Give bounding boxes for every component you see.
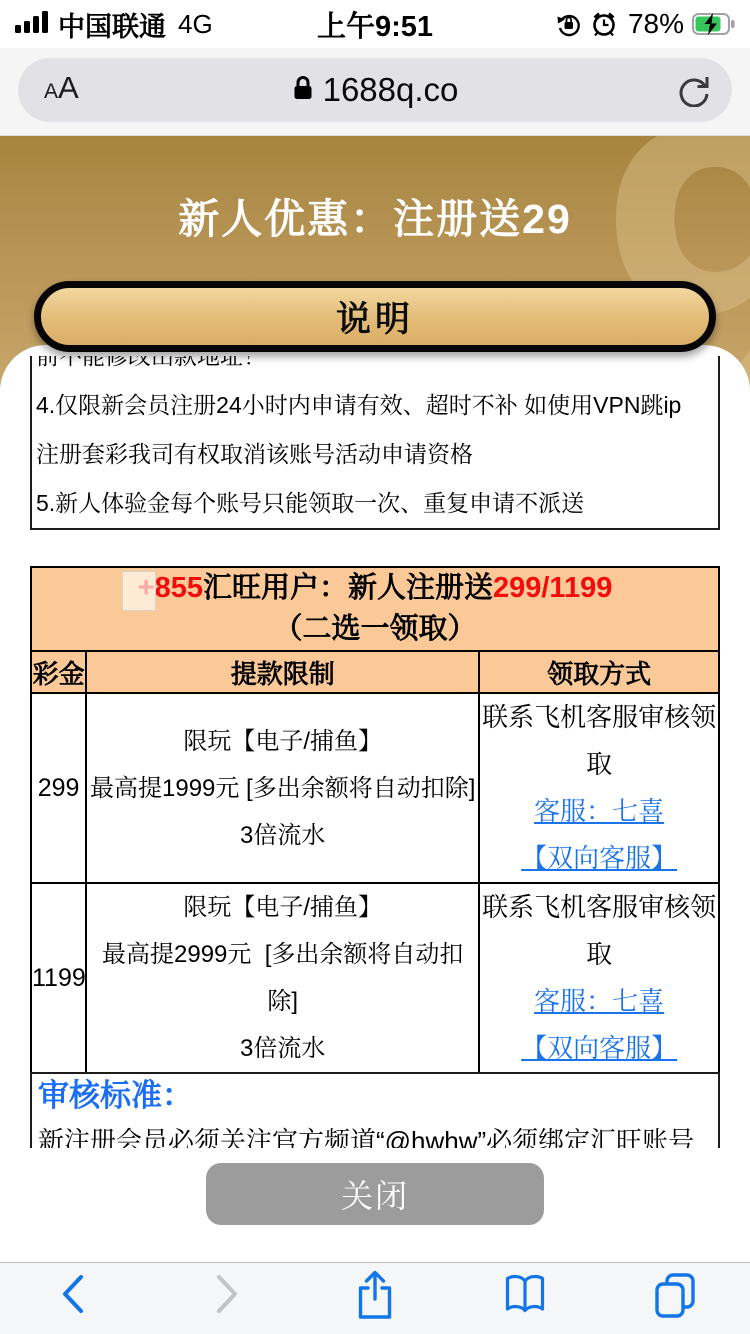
orientation-lock-icon xyxy=(555,11,582,38)
share-button[interactable] xyxy=(300,1263,450,1334)
carrier-label: 中国联通 xyxy=(58,5,166,44)
safari-toolbar xyxy=(0,1262,750,1334)
review-standard-heading: 审核标准： xyxy=(38,1076,712,1116)
url-group[interactable]: 1688q.co xyxy=(292,71,459,109)
limit-line: 3倍流水 xyxy=(87,1025,478,1072)
table-header-row: 彩金 提款限制 领取方式 xyxy=(31,651,719,693)
battery-charging-icon xyxy=(692,12,736,36)
limit-line: 限玩【电子/捕鱼】 xyxy=(87,718,478,765)
limit-line: 限玩【电子/捕鱼】 xyxy=(87,884,478,931)
network-type-label: 4G xyxy=(178,9,213,40)
limit-line: 最高提1999元 [多出余额将自动扣除] xyxy=(87,765,478,812)
battery-percent-label: 78% xyxy=(628,8,684,40)
safari-address-row: AA 1688q.co xyxy=(0,48,750,136)
bookmarks-button[interactable] xyxy=(450,1263,600,1334)
back-button[interactable] xyxy=(0,1263,150,1334)
close-button[interactable]: 关闭 xyxy=(206,1163,544,1225)
two-way-service-link[interactable]: 【双向客服】 xyxy=(480,1025,718,1072)
title-red-suffix: 299/1199 xyxy=(493,572,612,604)
promo-table: +855汇旺用户：新人注册送299/1199 （二选一领取） 彩金 提款限制 领… xyxy=(30,566,720,1074)
claim-text: 联系飞机客服审核领取 xyxy=(480,694,718,788)
review-standard-clipped-line: 新注册会员必须关注官方频道“@hwhw”必须绑定汇旺账号 xyxy=(38,1118,712,1148)
table-row: 1199 限玩【电子/捕鱼】 最高提2999元 [多出余额将自动扣除] 3倍流水… xyxy=(31,883,719,1073)
two-way-service-link[interactable]: 【双向客服】 xyxy=(480,835,718,882)
bonus-amount: 299 xyxy=(31,693,86,883)
claim-text: 联系飞机客服审核领取 xyxy=(480,884,718,978)
table-title-line2: （二选一领取） xyxy=(32,609,718,650)
rule-line: 5.新人体验金每个账号只能领取一次、重复申请不派送 xyxy=(36,479,714,528)
limit-line: 3倍流水 xyxy=(87,812,478,859)
iphone-safari-screen: 中国联通 4G 上午9:51 78% xyxy=(0,0,750,1334)
rules-box: 前不能修改出款地址！ 4.仅限新会员注册24小时内申请有效、超时不补 如使用VP… xyxy=(30,356,720,530)
rule-line: 注册套彩我司有权取消该账号活动申请资格 xyxy=(36,430,714,479)
tabs-icon xyxy=(650,1269,700,1321)
claim-method-cell: 联系飞机客服审核领取 客服：七喜 【双向客服】 xyxy=(479,883,719,1073)
customer-service-link[interactable]: 客服：七喜 xyxy=(480,788,718,835)
status-bar-left: 中国联通 4G xyxy=(14,5,213,44)
rule-line: 4.仅限新会员注册24小时内申请有效、超时不补 如使用VPN跳ip xyxy=(36,381,714,430)
withdraw-limit-cell: 限玩【电子/捕鱼】 最高提2999元 [多出余额将自动扣除] 3倍流水 xyxy=(86,883,479,1073)
chevron-left-icon xyxy=(52,1269,98,1319)
withdraw-limit-cell: 限玩【电子/捕鱼】 最高提1999元 [多出余额将自动扣除] 3倍流水 xyxy=(86,693,479,883)
book-icon xyxy=(500,1269,550,1319)
title-black-mid: 汇旺用户：新人注册送 xyxy=(203,572,493,604)
rule-line-clipped: 前不能修改出款地址！ xyxy=(36,356,714,381)
signal-strength-icon xyxy=(14,9,50,40)
forward-button-disabled xyxy=(150,1263,300,1334)
status-bar: 中国联通 4G 上午9:51 78% xyxy=(0,0,750,48)
review-standard-box: 审核标准： 新注册会员必须关注官方频道“@hwhw”必须绑定汇旺账号 xyxy=(30,1072,720,1148)
info-button[interactable]: 说明 xyxy=(34,281,716,352)
claim-method-cell: 联系飞机客服审核领取 客服：七喜 【双向客服】 xyxy=(479,693,719,883)
reader-text-size-button[interactable]: AA xyxy=(44,56,79,124)
customer-service-link[interactable]: 客服：七喜 xyxy=(480,978,718,1025)
tls-lock-icon xyxy=(292,74,314,107)
col-header-claim-method: 领取方式 xyxy=(479,651,719,693)
chevron-right-icon xyxy=(202,1269,248,1319)
bonus-amount: 1199 xyxy=(31,883,86,1073)
reload-icon[interactable] xyxy=(676,73,710,107)
table-title-cell: +855汇旺用户：新人注册送299/1199 （二选一领取） xyxy=(31,567,719,651)
limit-line: 最高提2999元 [多出余额将自动扣除] xyxy=(87,931,478,1025)
address-field[interactable]: AA 1688q.co xyxy=(18,58,732,122)
banner-title: 新人优惠：注册送29 xyxy=(0,186,750,245)
tabs-button[interactable] xyxy=(600,1263,750,1334)
share-icon xyxy=(351,1269,399,1323)
modal-scroll-area[interactable]: 前不能修改出款地址！ 4.仅限新会员注册24小时内申请有效、超时不补 如使用VP… xyxy=(30,356,720,1148)
broken-image-placeholder xyxy=(122,571,156,611)
col-header-bonus: 彩金 xyxy=(31,651,86,693)
table-row: 299 限玩【电子/捕鱼】 最高提1999元 [多出余额将自动扣除] 3倍流水 … xyxy=(31,693,719,883)
url-text: 1688q.co xyxy=(323,71,459,109)
table-title-row: +855汇旺用户：新人注册送299/1199 （二选一领取） xyxy=(31,567,719,651)
status-bar-right: 78% xyxy=(555,8,736,40)
alarm-clock-icon xyxy=(590,10,618,38)
col-header-withdraw-limit: 提款限制 xyxy=(86,651,479,693)
